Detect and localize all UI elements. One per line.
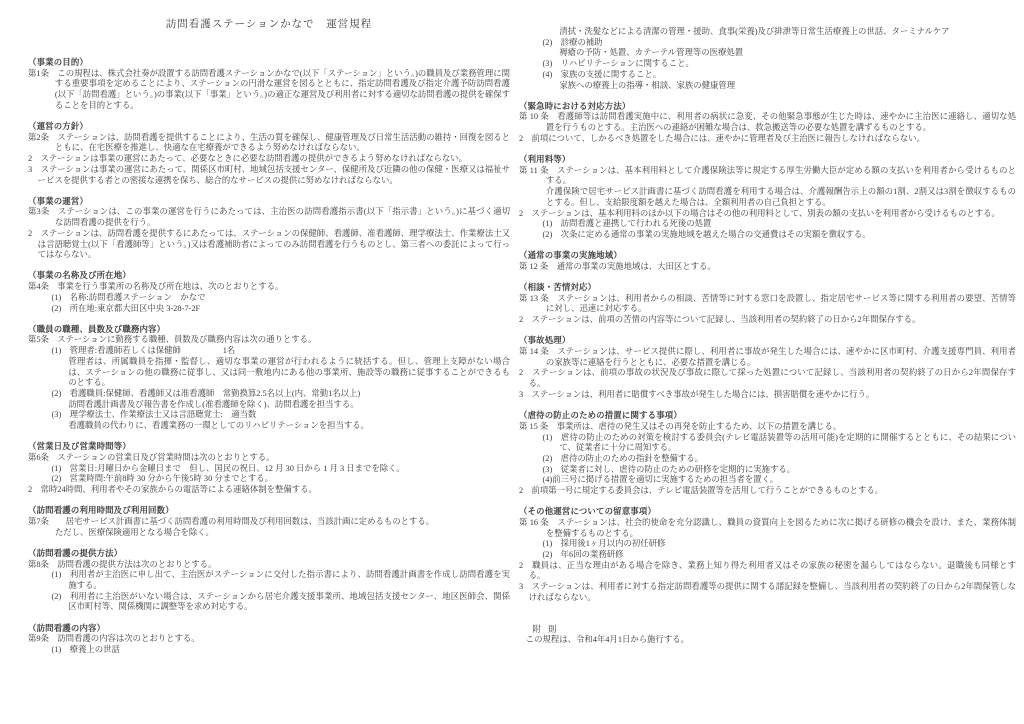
paragraph: 3 ステーションは事業の運営にあたって、関係区市町村、地域包括支援センター、保健… <box>28 165 510 186</box>
paragraph: 第6条 ステーションの営業日及び営業時間は次のとおりとする。 <box>28 453 510 464</box>
paragraph: 2 職員は、正当な理由がある場合を除き、業務上知り得た利用者又はその家族の秘密を… <box>519 561 1016 582</box>
section-heading: （運営の方針） <box>28 122 510 133</box>
document-title: 訪問看護ステーションかなで 運営規程 <box>28 16 510 31</box>
section-heading: （相談・苦情対応） <box>519 283 1016 294</box>
paragraph: 第 15 条 事業所は、虐待の発生又はその再発を防止するため、以下の措置を講じる… <box>519 422 1016 433</box>
paragraph: 3 ステーションは、利用者に対する指定訪問看護等の提供に関する諸記録を整備し、当… <box>519 582 1016 603</box>
paragraph: (3) 理学療法士、作業療法士又は言語聴覚士: 適当数 <box>52 410 510 421</box>
paragraph: 管理者は、所属職員を指揮・監督し、適切な事業の運営が行われるように統括する。但し… <box>68 357 510 389</box>
paragraph: 2 常時24時間、利用者やその家族からの電話等による連絡体制を整備する。 <box>28 485 510 496</box>
paragraph: ただし、医療保険適用となる場合を除く。 <box>55 528 510 539</box>
left-column: 訪問看護ステーションかなで 運営規程 （事業の目的）第1条 この規程は、株式会社… <box>28 16 510 714</box>
document-page: 訪問看護ステーションかなで 運営規程 （事業の目的）第1条 この規程は、株式会社… <box>0 0 1024 724</box>
paragraph: 2 ステーションは、前項の事故の状況及び事故に際して採った処置について記録し、当… <box>519 368 1016 389</box>
section-heading: （利用料等） <box>519 155 1016 166</box>
paragraph: 介護保険で居宅サービス計画書に基づく訪問看護を利用する場合は、介護報酬告示上の額… <box>546 187 1016 208</box>
section-heading: （職員の職種、員数及び職務内容） <box>28 325 510 336</box>
paragraph: (2) 看護職員:保健師、看護師又は准看護師 常勤換算2.5名以上(内、常勤1名… <box>52 389 510 400</box>
paragraph: 2 ステーションは、訪問看護を提供するにあたっては、ステーションの保健師、看護師… <box>28 229 510 261</box>
paragraph: (1) 訪問看護と連携して行われる死後の処置 <box>543 219 1016 230</box>
paragraph: (4) 家族の支援に関すること。 <box>543 70 1016 81</box>
paragraph: 褥瘡の予防・処置、カテーテル管理等の医療処置 <box>559 48 1016 59</box>
section-heading: （営業日及び営業時間等） <box>28 442 510 453</box>
paragraph: 第9条 訪問看護の内容は次のとおりとする。 <box>28 634 510 645</box>
paragraph: 2 ステーションは、基本利用料のほか以下の場合はその他の利用料として、別表の額の… <box>519 209 1016 220</box>
paragraph: (2) 虐待の防止のための指針を整備する。 <box>543 454 1016 465</box>
paragraph: (1) 療養上の世話 <box>52 645 510 656</box>
section-heading: （訪問看護の利用時間及び利用回数） <box>28 506 510 517</box>
paragraph: 第4条 事業を行う事業所の名称及び所在地は、次のとおりとする。 <box>28 282 510 293</box>
paragraph: (1) 利用者が主治医に申し出て、主治医がステーションに交付した指示書により、訪… <box>52 570 510 591</box>
paragraph: (1) 虐待の防止のための対策を検討する委員会(テレビ電話装置等の活用可能)を定… <box>543 433 1016 454</box>
paragraph: 第 12 条 通常の事業の実施地域は、大田区とする。 <box>519 262 1016 273</box>
paragraph: 清拭・洗髪などによる清潔の管理・援助、食事(栄養)及び排泄等日常生活療養上の世話… <box>559 27 1016 38</box>
paragraph: 看護職員の代わりに、看護業務の一環としてのリハビリテーションを担当する。 <box>68 421 510 432</box>
paragraph: 第5条 ステーションに勤務する職種、員数及び職務内容は次の通りとする。 <box>28 335 510 346</box>
paragraph: 第1条 この規程は、株式会社奏が設置する訪問看護ステーションかなで(以下「ステー… <box>28 69 510 112</box>
section-heading: （その他運営についての留意事項） <box>519 507 1016 518</box>
right-column-body: 清拭・洗髪などによる清潔の管理・援助、食事(栄養)及び排泄等日常生活療養上の世話… <box>519 27 1016 646</box>
section-heading: （虐待の防止のための措置に関する事項） <box>519 411 1016 422</box>
paragraph: 第7条 居宅サービス計画書に基づく訪問看護の利用時間及び利用回数は、当該計画に定… <box>28 517 510 528</box>
paragraph: 附 則 <box>532 625 1016 636</box>
paragraph: 第3条 ステーションは、この事業の運営を行うにあたっては、主治医の訪問看護指示書… <box>28 207 510 228</box>
paragraph: 2 ステーションは事業の運営にあたって、必要なときに必要な訪問看護の提供ができる… <box>28 154 510 165</box>
section-heading: （事業の運営） <box>28 197 510 208</box>
section-heading: （事故処理） <box>519 336 1016 347</box>
paragraph: (1) 管理者:看護師若しくは保健師 1名 <box>52 346 510 357</box>
section-heading: （緊急時における対応方法） <box>519 102 1016 113</box>
paragraph: (2) 所在地:東京都大田区中央 3-28-7-2F <box>52 304 510 315</box>
paragraph: (2) 年6回の業務研修 <box>543 550 1016 561</box>
section-heading: （事業の名称及び所在地） <box>28 271 510 282</box>
paragraph: 2 前項第一号に規定する委員会は、テレビ電話装置等を活用して行うことができるもの… <box>519 486 1016 497</box>
paragraph: (2) 営業時間:午前8時 30 分から午後5時 30 分までとする。 <box>52 474 510 485</box>
paragraph: (2) 利用者に主治医がいない場合は、ステーションから居宅介護支援事業所、地域包… <box>52 592 510 613</box>
paragraph: (3) 従業者に対し、虐待の防止のための研修を定期的に実施する。 <box>543 465 1016 476</box>
paragraph: 第 13 条 ステーションは、利用者からの相談、苦情等に対する窓口を設置し、指定… <box>519 294 1016 315</box>
section-heading: （訪問看護の内容） <box>28 624 510 635</box>
left-column-body: （事業の目的）第1条 この規程は、株式会社奏が設置する訪問看護ステーションかなで… <box>28 58 510 656</box>
paragraph: 3 ステーションは、利用者に賠償すべき事故が発生した場合には、損害賠償を速やかに… <box>519 390 1016 401</box>
paragraph: (1) 採用後1ヶ月以内の初任研修 <box>543 539 1016 550</box>
paragraph: 第8条 訪問看護の提供方法は次のとおりとする。 <box>28 560 510 571</box>
paragraph: (1) 営業日:月曜日から金曜日まで 但し、国民の祝日、12 月 30 日から … <box>52 464 510 475</box>
paragraph: (4)前三号に掲げる措置を適切に実施するための担当者を置く。 <box>543 475 1016 486</box>
paragraph: 第 10 条 看護師等は訪問看護実施中に、利用者の病状に急変、その他緊急事態が生… <box>519 112 1016 133</box>
section-heading: （通常の事業の実施地域） <box>519 251 1016 262</box>
paragraph: 2 ステーションは、前項の苦情の内容等について記録し、当該利用者の契約終了の日か… <box>519 315 1016 326</box>
paragraph: (3) リハビリテーションに関すること。 <box>543 59 1016 70</box>
paragraph: 2 前項について、しかるべき処置をした場合には、速やかに管理者及び主治医に報告し… <box>519 134 1016 145</box>
paragraph: 第2条 ステーションは、訪問看護を提供することにより、生活の質を確保し、健康管理… <box>28 133 510 154</box>
paragraph: 家族への療養上の指導・相談、家族の健康管理 <box>559 81 1016 92</box>
paragraph: 第 16 条 ステーションは、社会的使命を充分認識し、職員の資質向上を図るために… <box>519 518 1016 539</box>
section-heading: （事業の目的） <box>28 58 510 69</box>
paragraph: 訪問看護計画書及び報告書を作成し(准看護師を除く)、訪問看護を担当する。 <box>68 400 510 411</box>
paragraph: (1) 名称:訪問看護ステーション かなで <box>52 293 510 304</box>
section-heading: （訪問看護の提供方法） <box>28 549 510 560</box>
paragraph: (2) 診療の補助 <box>543 38 1016 49</box>
paragraph: この規程は、令和4年4月1日から施行する。 <box>526 635 1016 646</box>
paragraph: (2) 次条に定める通常の事業の実施地域を越えた場合の交通費はその実額を徴収する… <box>543 230 1016 241</box>
right-column: 清拭・洗髪などによる清潔の管理・援助、食事(栄養)及び排泄等日常生活療養上の世話… <box>519 16 1016 714</box>
paragraph: 第 11 条 ステーションは、基本利用料として介護保険法等に規定する厚生労働大臣… <box>519 166 1016 187</box>
paragraph: 第 14 条 ステーションは、サービス提供に際し、利用者に事故が発生した場合には… <box>519 347 1016 368</box>
